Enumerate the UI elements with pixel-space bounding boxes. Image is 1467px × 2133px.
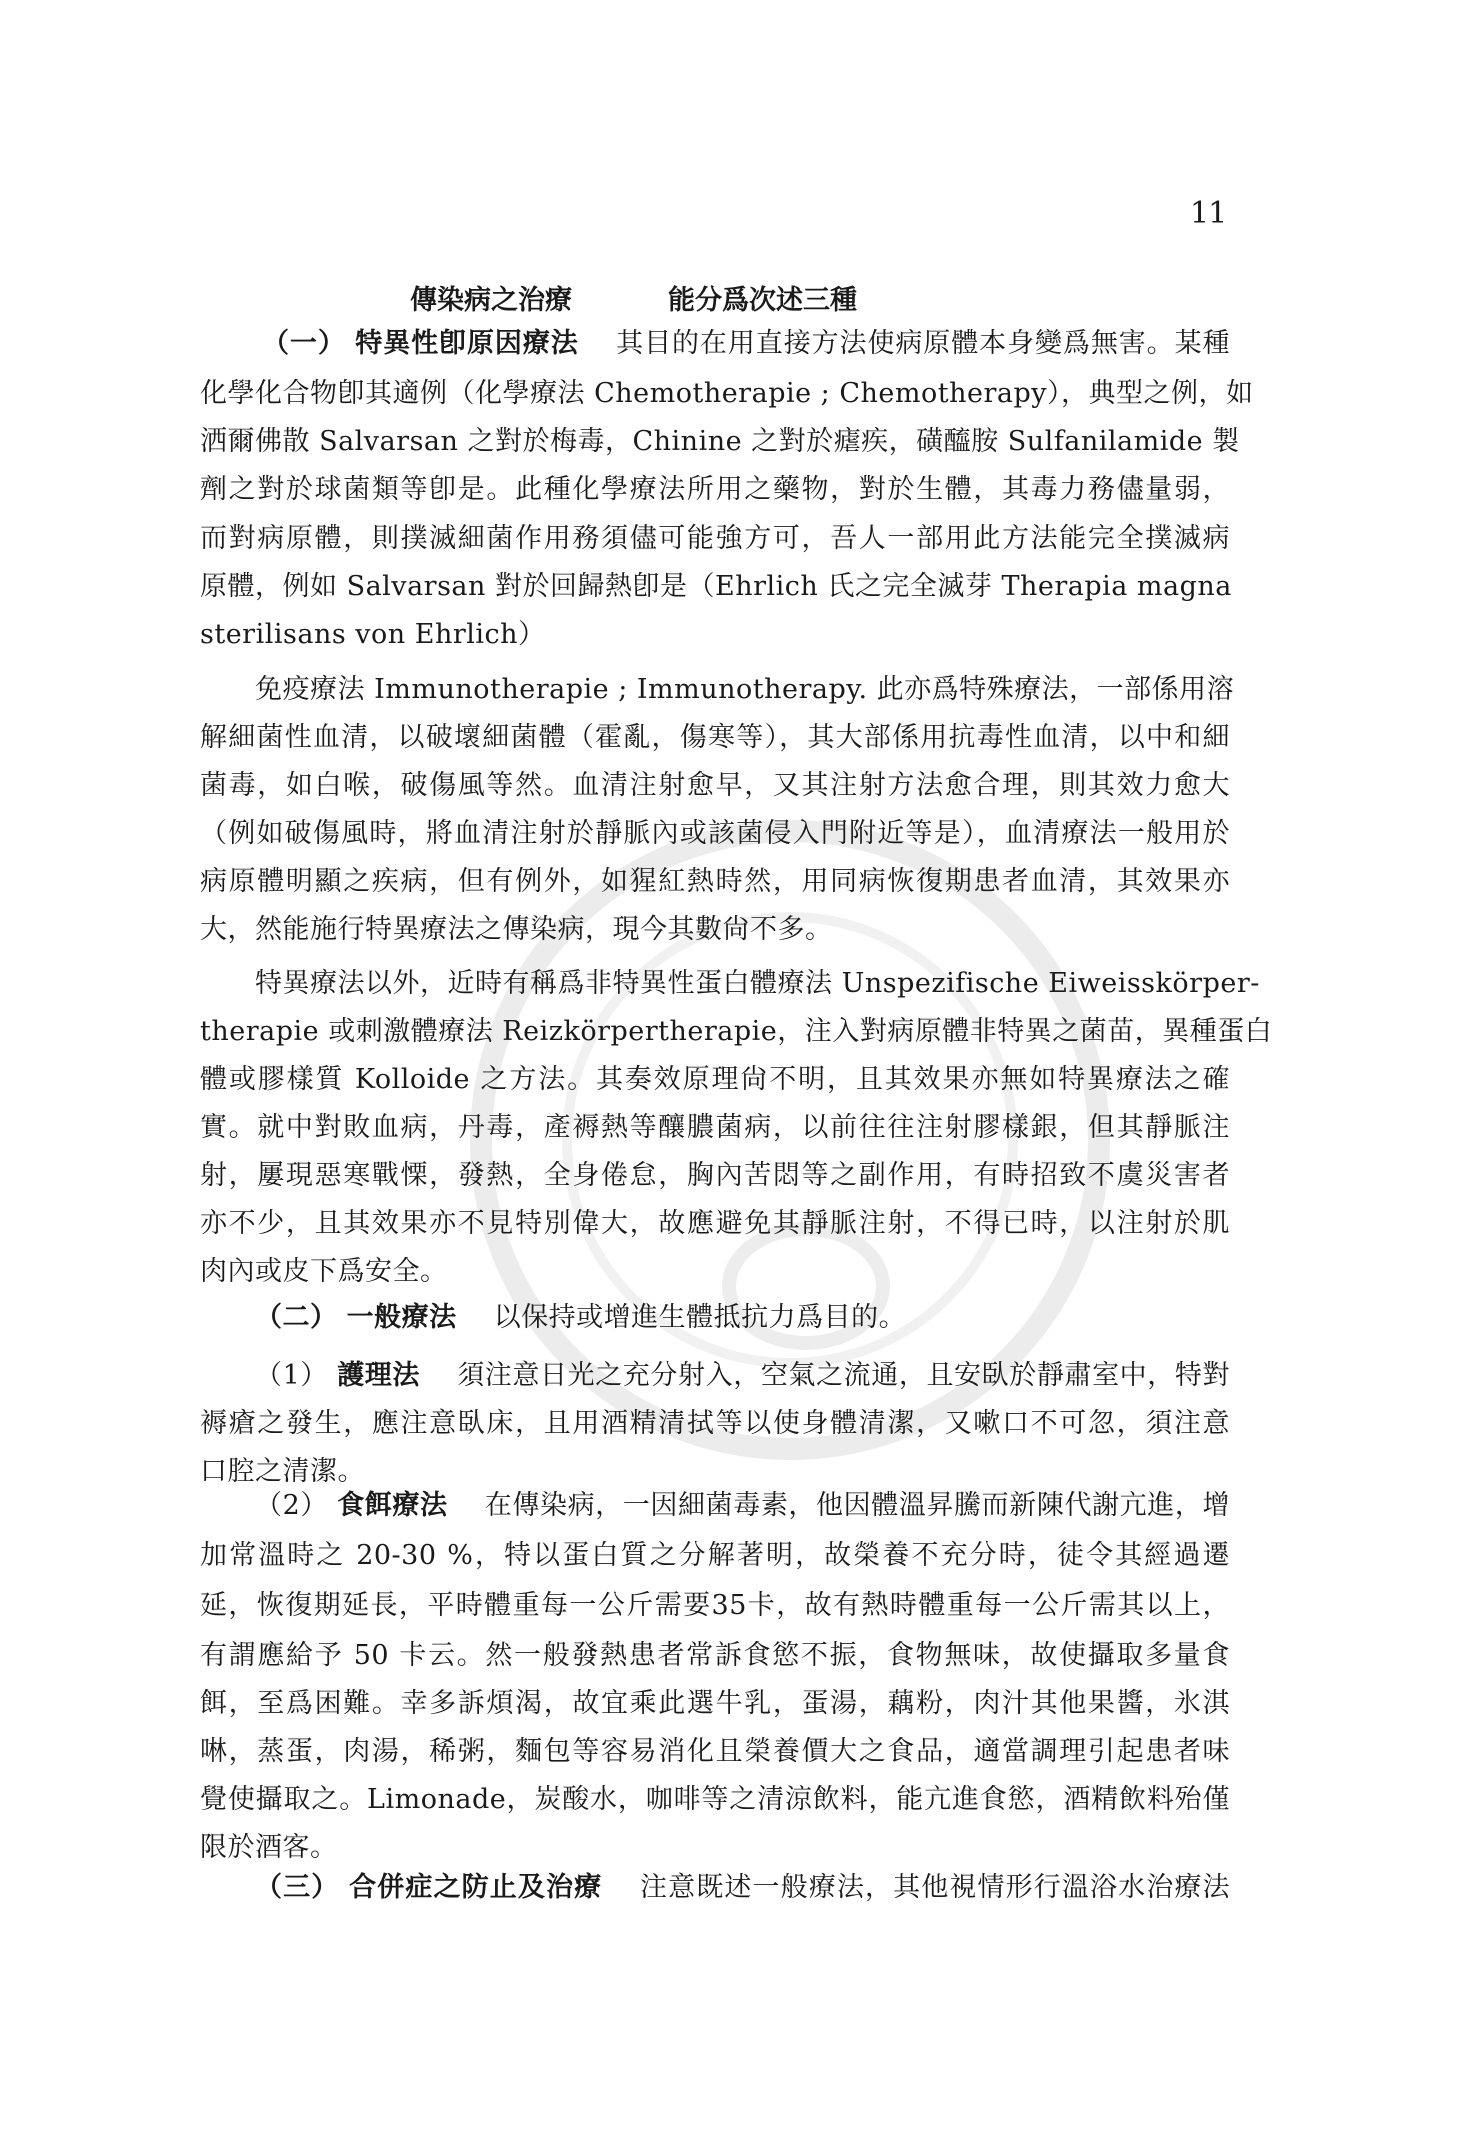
section-one-first-line: （一） 特異性卽原因療法 其目的在用直接方法使病原體本身變爲無害。某種 [262, 326, 1230, 362]
text-line: 有謂應給予 50 卡云。然一般發熱患者常訴食慾不振，食物無味，故使攝取多量食 [200, 1638, 1230, 1674]
text-line: 口腔之清潔。 [200, 1454, 1230, 1490]
subsection-heading: 食餌療法 [337, 1490, 447, 1521]
section-three-line: （三） 合併症之防止及治療 注意既述一般療法，其他視情形行溫浴水治療法 [255, 1870, 1230, 1906]
paragraph-text: 注意既述一般療法，其他視情形行溫浴水治療法 [640, 1872, 1230, 1903]
text-line: 原體，例如 Salvarsan 對於回歸熱卽是（Ehrlich 氏之完全滅芽 T… [200, 569, 1230, 605]
text-line: 啉，蒸蛋，肉湯，稀粥，麵包等容易消化且榮養價大之食品，適當調理引起患者味 [200, 1734, 1230, 1770]
subsection-nursing-first-line: （1） 護理法 須注意日光之充分射入，空氣之流通，且安臥於靜肅室中，特對 [255, 1358, 1230, 1394]
text-line: 化學化合物卽其適例（化學療法 Chemotherapie ; Chemother… [200, 376, 1230, 412]
section-label: （三） [255, 1872, 339, 1903]
subsection-heading: 護理法 [337, 1360, 420, 1391]
subsection-label: （2） [255, 1490, 328, 1521]
text-line: （例如破傷風時，將血清注射於靜脈內或該菌侵入門附近等是），血清療法一般用於 [200, 816, 1230, 852]
paragraph-text: 以保持或增進生體抵抗力爲目的。 [494, 1302, 907, 1333]
text-line: 餌，至爲困難。幸多訴煩渴，故宜乘此選牛乳，蛋湯，藕粉，肉汁其他果醬，氷淇 [200, 1686, 1230, 1722]
subsection-label: （1） [255, 1360, 328, 1391]
text-line: 肉內或皮下爲安全。 [200, 1254, 1230, 1290]
section-label: （二） [255, 1302, 338, 1333]
text-line: 大，然能施行特異療法之傳染病，現今其數尙不多。 [200, 912, 1230, 948]
text-line: 實。就中對敗血病，丹毒，產褥熱等釀膿菌病，以前往往注射膠樣銀，但其靜脈注 [200, 1110, 1230, 1146]
section-heading: 合併症之防止及治療 [349, 1872, 602, 1903]
text-line: 特異療法以外，近時有稱爲非特異性蛋白體療法 Unspezifische Eiwe… [255, 966, 1230, 1002]
text-line: 限於酒客。 [200, 1830, 1230, 1866]
paragraph-text: 須注意日光之充分射入，空氣之流通，且安臥於靜肅室中，特對 [457, 1360, 1230, 1391]
text-line: 菌毒，如白喉，破傷風等然。血清注射愈早，又其注射方法愈合理，則其效力愈大 [200, 768, 1230, 804]
section-label: （一） [262, 328, 346, 359]
page-subtitle: 能分爲次述三種 [668, 278, 857, 317]
page-title: 傳染病之治療 [410, 278, 572, 317]
page-number: 11 [1190, 196, 1226, 231]
text-line: 覺使攝取之。Limonade，炭酸水，咖啡等之清涼飲料，能亢進食慾，酒精飲料殆僅 [200, 1782, 1230, 1818]
text-line: 加常溫時之 20-30 %，特以蛋白質之分解著明，故榮養不充分時，徒令其經過遷 [200, 1538, 1230, 1574]
text-line: 亦不少，且其效果亦不見特別偉大，故應避免其靜脈注射，不得已時，以注射於肌 [200, 1206, 1230, 1242]
text-line: therapie 或刺激體療法 Reizkörpertherapie，注入對病原… [200, 1014, 1230, 1050]
text-line: 射，屢現惡寒戰慄，發熱，全身倦怠，胸內苦悶等之副作用，有時招致不虞災害者 [200, 1158, 1230, 1194]
text-line: 體或膠樣質 Kolloide 之方法。其奏效原理尙不明，且其效果亦無如特異療法之… [200, 1062, 1230, 1098]
section-heading: 特異性卽原因療法 [355, 328, 578, 359]
text-line: 而對病原體，則撲滅細菌作用務須儘可能強方可，吾人一部用此方法能完全撲滅病 [200, 521, 1230, 557]
text-line: 洒爾佛散 Salvarsan 之對於梅毒，Chinine 之對於瘧疾，磺醯胺 S… [200, 424, 1230, 460]
text-line: 褥瘡之發生，應注意臥床，且用酒精清拭等以使身體清潔，又嗽口不可忽，須注意 [200, 1406, 1230, 1442]
text-line: 病原體明顯之疾病，但有例外，如猩紅熱時然，用同病恢復期患者血清，其效果亦 [200, 864, 1230, 900]
paragraph-text: 其目的在用直接方法使病原體本身變爲無害。某種 [616, 328, 1230, 359]
text-line: sterilisans von Ehrlich） [200, 617, 1230, 653]
text-line: 解細菌性血清，以破壞細菌體（霍亂，傷寒等），其大部係用抗毒性血清，以中和細 [200, 720, 1230, 756]
subsection-diet-first-line: （2） 食餌療法 在傳染病，一因細菌毒素，他因體溫昇騰而新陳代謝亢進，增 [255, 1488, 1230, 1524]
paragraph-text: 在傳染病，一因細菌毒素，他因體溫昇騰而新陳代謝亢進，增 [485, 1490, 1230, 1521]
text-line: 劑之對於球菌類等卽是。此種化學療法所用之藥物，對於生體，其毒力務儘量弱， [200, 472, 1230, 508]
section-heading: 一般療法 [347, 1302, 457, 1333]
text-line: 延，恢復期延長，平時體重每一公斤需要35卡，故有熱時體重每一公斤需其以上， [200, 1588, 1230, 1624]
section-two-line: （二） 一般療法 以保持或增進生體抵抗力爲目的。 [255, 1300, 1230, 1336]
text-line: 免疫療法 Immunotherapie ; Immunotherapy. 此亦爲… [255, 672, 1230, 708]
